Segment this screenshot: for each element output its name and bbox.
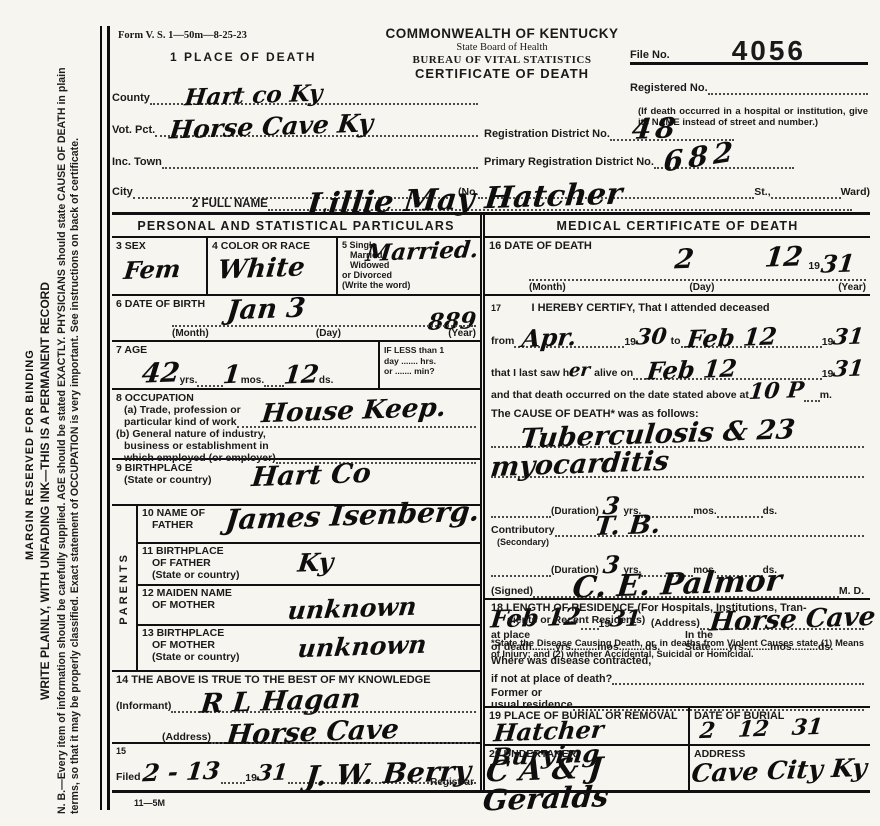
occupation-row: 8 OCCUPATION (a) Trade, profession or pa… — [112, 390, 480, 460]
last-saw-label-2: alive on — [594, 367, 633, 380]
duration1-ds-label: ds. — [763, 506, 777, 518]
certify-statement: I HEREBY CERTIFY, That I attended deceas… — [531, 302, 769, 314]
age-mos-label: mos. — [241, 375, 264, 387]
filed-date-value: 2 - 13 — [141, 759, 221, 786]
md-label: M. D. — [839, 585, 864, 598]
bureau-subtitle: BUREAU OF VITAL STATISTICS — [337, 54, 667, 66]
dob-day-label: (Day) — [316, 328, 341, 339]
registration-district-line: Registration District No. 48 — [484, 128, 734, 141]
dod-day-value: 12 — [763, 243, 804, 271]
registered-no-label: Registered No. — [630, 82, 708, 95]
father-birthplace-row: 11 BIRTHPLACE OF FATHER (State or countr… — [138, 544, 480, 586]
physician-signature: C. E. Palmor — [571, 566, 783, 603]
contracted-label-2: if not at place of death? — [491, 673, 612, 685]
race-cell: 4 COLOR OR RACE White — [208, 238, 338, 294]
last-saw-her-hw: er — [568, 362, 591, 381]
father-birthplace-value: Ky — [297, 549, 335, 575]
form-footer-code: 11—5M — [134, 798, 165, 808]
mother-maiden-name-row: 12 MAIDEN NAME OF MOTHER unknown — [138, 586, 480, 626]
age-months-value: 1 — [222, 362, 242, 388]
if-less-cell: IF LESS than 1 day ....... hrs. or .....… — [378, 342, 480, 388]
at-place-label-1: at place — [491, 629, 685, 641]
registration-district-value: 48 — [630, 114, 680, 144]
file-no-label: File No. — [630, 49, 670, 62]
attended-to-year-value: 31 — [832, 325, 865, 348]
death-certificate-scan: MARGIN RESERVED FOR BINDING WRITE PLAINL… — [0, 0, 880, 826]
registrar-label: Registrar — [430, 777, 474, 788]
undertaker-value: C A & J Geralds — [482, 750, 692, 815]
if-less-line-1: IF LESS than 1 — [384, 345, 476, 356]
county-label: County — [112, 92, 150, 105]
dod-month-label: (Month) — [529, 282, 566, 293]
occupation-a2: particular kind of work — [124, 416, 237, 428]
parents-section: PARENTS 10 NAME OF FATHER James Isenberg… — [112, 506, 480, 672]
file-no-value: 4056 — [670, 40, 868, 62]
primary-registration-label: Primary Registration District No. — [484, 156, 654, 169]
informant-row: 14 THE ABOVE IS TRUE TO THE BEST OF MY K… — [112, 672, 480, 744]
registration-district-label: Registration District No. — [484, 128, 610, 141]
full-name-line: 2 FULL NAME Lillie May Hatcher — [192, 198, 852, 211]
county-line: County Hart co Ky — [112, 92, 478, 105]
mother-birthplace-value: unknown — [296, 632, 427, 661]
dob-month-label: (Month) — [172, 328, 209, 339]
filed-label: Filed — [116, 771, 141, 784]
personal-column: PERSONAL AND STATISTICAL PARTICULARS 3 S… — [112, 215, 482, 790]
filed-item-number: 15 — [116, 746, 476, 756]
dod-year-printed: 19 — [808, 260, 820, 272]
full-name-label: 2 FULL NAME — [192, 198, 268, 211]
if-less-line-2: day ....... hrs. — [384, 356, 476, 367]
board-subtitle: State Board of Health — [337, 42, 667, 53]
informant-address-label: (Address) — [162, 731, 211, 744]
certification-block: 17 I HEREBY CERTIFY, That I attended dec… — [485, 296, 870, 600]
dod-month-value: 2 — [674, 246, 696, 274]
duration1-label: (Duration) — [551, 506, 599, 518]
dob-sublabels: (Month) (Day) (Year) — [172, 325, 476, 339]
voting-precinct-line: Vot. Pct. Horse Cave Ky — [112, 124, 478, 137]
medical-column-header: MEDICAL CERTIFICATE OF DEATH — [485, 215, 870, 238]
race-label: 4 COLOR OR RACE — [212, 240, 332, 252]
father-name-row: 10 NAME OF FATHER James Isenberg. — [138, 506, 480, 544]
informant-label: (Informant) — [116, 700, 171, 713]
medical-column: MEDICAL CERTIFICATE OF DEATH 16 DATE OF … — [483, 215, 870, 790]
death-occurred-label-2: m. — [820, 389, 832, 402]
file-no-line: File No. 4056 — [630, 40, 868, 65]
age-row: 7 AGE 42 yrs. 1 mos. 12 ds. — [112, 342, 480, 390]
mother-maiden-value: unknown — [286, 594, 417, 623]
primary-registration-value: 682 — [663, 137, 738, 176]
city-label: City — [112, 186, 133, 199]
death-occurred-label: and that death occurred on the date stat… — [491, 389, 749, 402]
registered-no-blank — [708, 89, 868, 95]
registered-no-line: Registered No. — [630, 82, 868, 95]
birthplace-value: Hart Co — [250, 460, 372, 491]
dod-sublabels: (Month) (Day) (Year) — [529, 279, 866, 293]
form-code: Form V. S. 1—50m—8-25-23 — [118, 30, 247, 41]
residence-label-1: 18 LENGTH OF RESIDENCE (For Hospitals, I… — [491, 602, 864, 614]
date-of-birth-row: 6 DATE OF BIRTH Jan 3 889 (Month) (Day) … — [112, 296, 480, 342]
contributory-label: Contributory — [491, 524, 555, 537]
primary-registration-line: Primary Registration District No. 682 — [484, 156, 794, 169]
age-label: 7 AGE — [116, 344, 374, 356]
undertaker-row: 20 UNDERTAKER C A & J Geralds ADDRESS Ca… — [485, 746, 870, 790]
last-saw-date-value: Feb 12 — [646, 356, 738, 383]
undertaker-cell: 20 UNDERTAKER C A & J Geralds — [485, 746, 690, 790]
dob-value: Jan 3 — [225, 295, 306, 325]
marital-label-5: (Write the word) — [342, 280, 476, 290]
certify-item-number: 17 — [491, 303, 501, 313]
occupation-value: House Keep. — [260, 395, 447, 427]
mother-birthplace-row: 13 BIRTHPLACE OF MOTHER (State or countr… — [138, 626, 480, 670]
voting-precinct-label: Vot. Pct. — [112, 124, 155, 137]
commonwealth-title: COMMONWEALTH OF KENTUCKY — [337, 26, 667, 41]
last-saw-label-1: that I last saw h — [491, 367, 569, 380]
undertaker-address-cell: ADDRESS Cave City Ky — [690, 746, 870, 790]
age-days-value: 12 — [283, 361, 321, 387]
marital-label-4: or Divorced — [342, 270, 476, 280]
dod-day-label: (Day) — [689, 282, 714, 293]
attended-from-year-value: 30 — [635, 325, 668, 348]
undertaker-address-value: Cave City Ky — [690, 755, 868, 786]
residence-block: 18 LENGTH OF RESIDENCE (For Hospitals, I… — [485, 600, 870, 708]
if-less-line-3: or ....... min? — [384, 366, 476, 377]
form-header: Form V. S. 1—50m—8-25-23 COMMONWEALTH OF… — [112, 26, 870, 212]
age-ds-label: ds. — [319, 375, 333, 387]
age-yrs-label: yrs. — [180, 375, 198, 387]
burial-date-value: 2 12 31 — [699, 716, 824, 742]
sex-race-marital-row: 3 SEX Fem 4 COLOR OR RACE White 5 Single… — [112, 238, 480, 296]
sex-cell: 3 SEX Fem — [112, 238, 208, 294]
occupation-b1: (b) General nature of industry, — [116, 428, 476, 440]
binding-rule — [100, 26, 110, 810]
last-saw-year-value: 31 — [832, 357, 865, 380]
parents-rows: 10 NAME OF FATHER James Isenberg. 11 BIR… — [138, 506, 480, 670]
form-body: PERSONAL AND STATISTICAL PARTICULARS 3 S… — [112, 212, 870, 790]
burial-date-cell: DATE OF BURIAL 2 12 31 — [690, 708, 870, 744]
marital-value: Married. — [364, 238, 479, 265]
contracted-label-1: Where was disease contracted, — [491, 655, 864, 667]
margin-write-plainly-note: WRITE PLAINLY, WITH UNFADING INK—THIS IS… — [38, 50, 52, 700]
truth-statement: 14 THE ABOVE IS TRUE TO THE BEST OF MY K… — [116, 674, 476, 686]
burial-place-cell: 19 PLACE OF BURIAL OR REMOVAL Hatcher Bu… — [485, 708, 690, 744]
former-label-1: Former or — [491, 687, 864, 699]
contributory-value: T. B. — [593, 512, 661, 540]
death-time-value: 10 P — [748, 379, 805, 403]
sex-label: 3 SEX — [116, 240, 202, 252]
in-the-label-2: State......yrs.........mos.........ds. — [685, 641, 864, 653]
burial-row: 19 PLACE OF BURIAL OR REMOVAL Hatcher Bu… — [485, 708, 870, 746]
inc-town-line: Inc. Town — [112, 156, 478, 169]
residence-label-2: sients or Recent Residents) — [507, 614, 864, 626]
county-value: Hart co Ky — [183, 82, 323, 110]
race-value: White — [216, 254, 306, 283]
dob-year-label: (Year) — [448, 328, 476, 339]
inc-town-blank — [162, 163, 478, 169]
age-years-value: 42 — [140, 359, 181, 387]
personal-column-header: PERSONAL AND STATISTICAL PARTICULARS — [112, 215, 480, 238]
filed-row: 15 Filed 2 - 13 19 31 J. W. Berry Regist… — [112, 744, 480, 790]
place-of-death-title: 1 PLACE OF DEATH — [170, 50, 316, 64]
attended-to-value: Feb 12 — [685, 324, 777, 351]
dod-year-value: 31 — [819, 251, 855, 276]
inc-town-label: Inc. Town — [112, 156, 162, 169]
informant-value: R L Hagan — [200, 685, 363, 718]
margin-nb-note: N. B.—Every item of information should b… — [56, 54, 81, 814]
date-of-death-row: 16 DATE OF DEATH 2 12 19 31 (Month) (Day… — [485, 238, 870, 296]
age-cell: 7 AGE 42 yrs. 1 mos. 12 ds. — [112, 342, 378, 388]
dod-year-label: (Year) — [838, 282, 866, 293]
voting-precinct-value: Horse Cave Ky — [168, 110, 374, 142]
cause-of-death-line-2: myocarditis — [489, 448, 670, 481]
attended-to-label: to — [671, 335, 681, 348]
marital-cell: 5 Single Married Widowed or Divorced (Wr… — [338, 238, 480, 294]
certificate-form: Form V. S. 1—50m—8-25-23 COMMONWEALTH OF… — [112, 26, 870, 811]
signed-label: (Signed) — [491, 585, 533, 598]
filed-year-value: 31 — [256, 761, 289, 784]
in-the-label-1: In the — [685, 629, 864, 641]
parents-vertical-label: PARENTS — [112, 506, 138, 670]
duration1-mos-label: mos. — [693, 506, 716, 518]
sex-value: Fem — [123, 257, 182, 283]
occupation-b2: business or establishment in — [124, 440, 476, 452]
attended-from-label: from — [491, 335, 514, 348]
at-place-label-2: of death........yrs.........mos.........… — [491, 641, 685, 653]
certificate-title: CERTIFICATE OF DEATH — [337, 66, 667, 81]
secondary-label: (Secondary) — [497, 537, 864, 547]
attended-from-value: Apr. — [521, 325, 578, 351]
margin-binding-note: MARGIN RESERVED FOR BINDING — [24, 140, 36, 560]
